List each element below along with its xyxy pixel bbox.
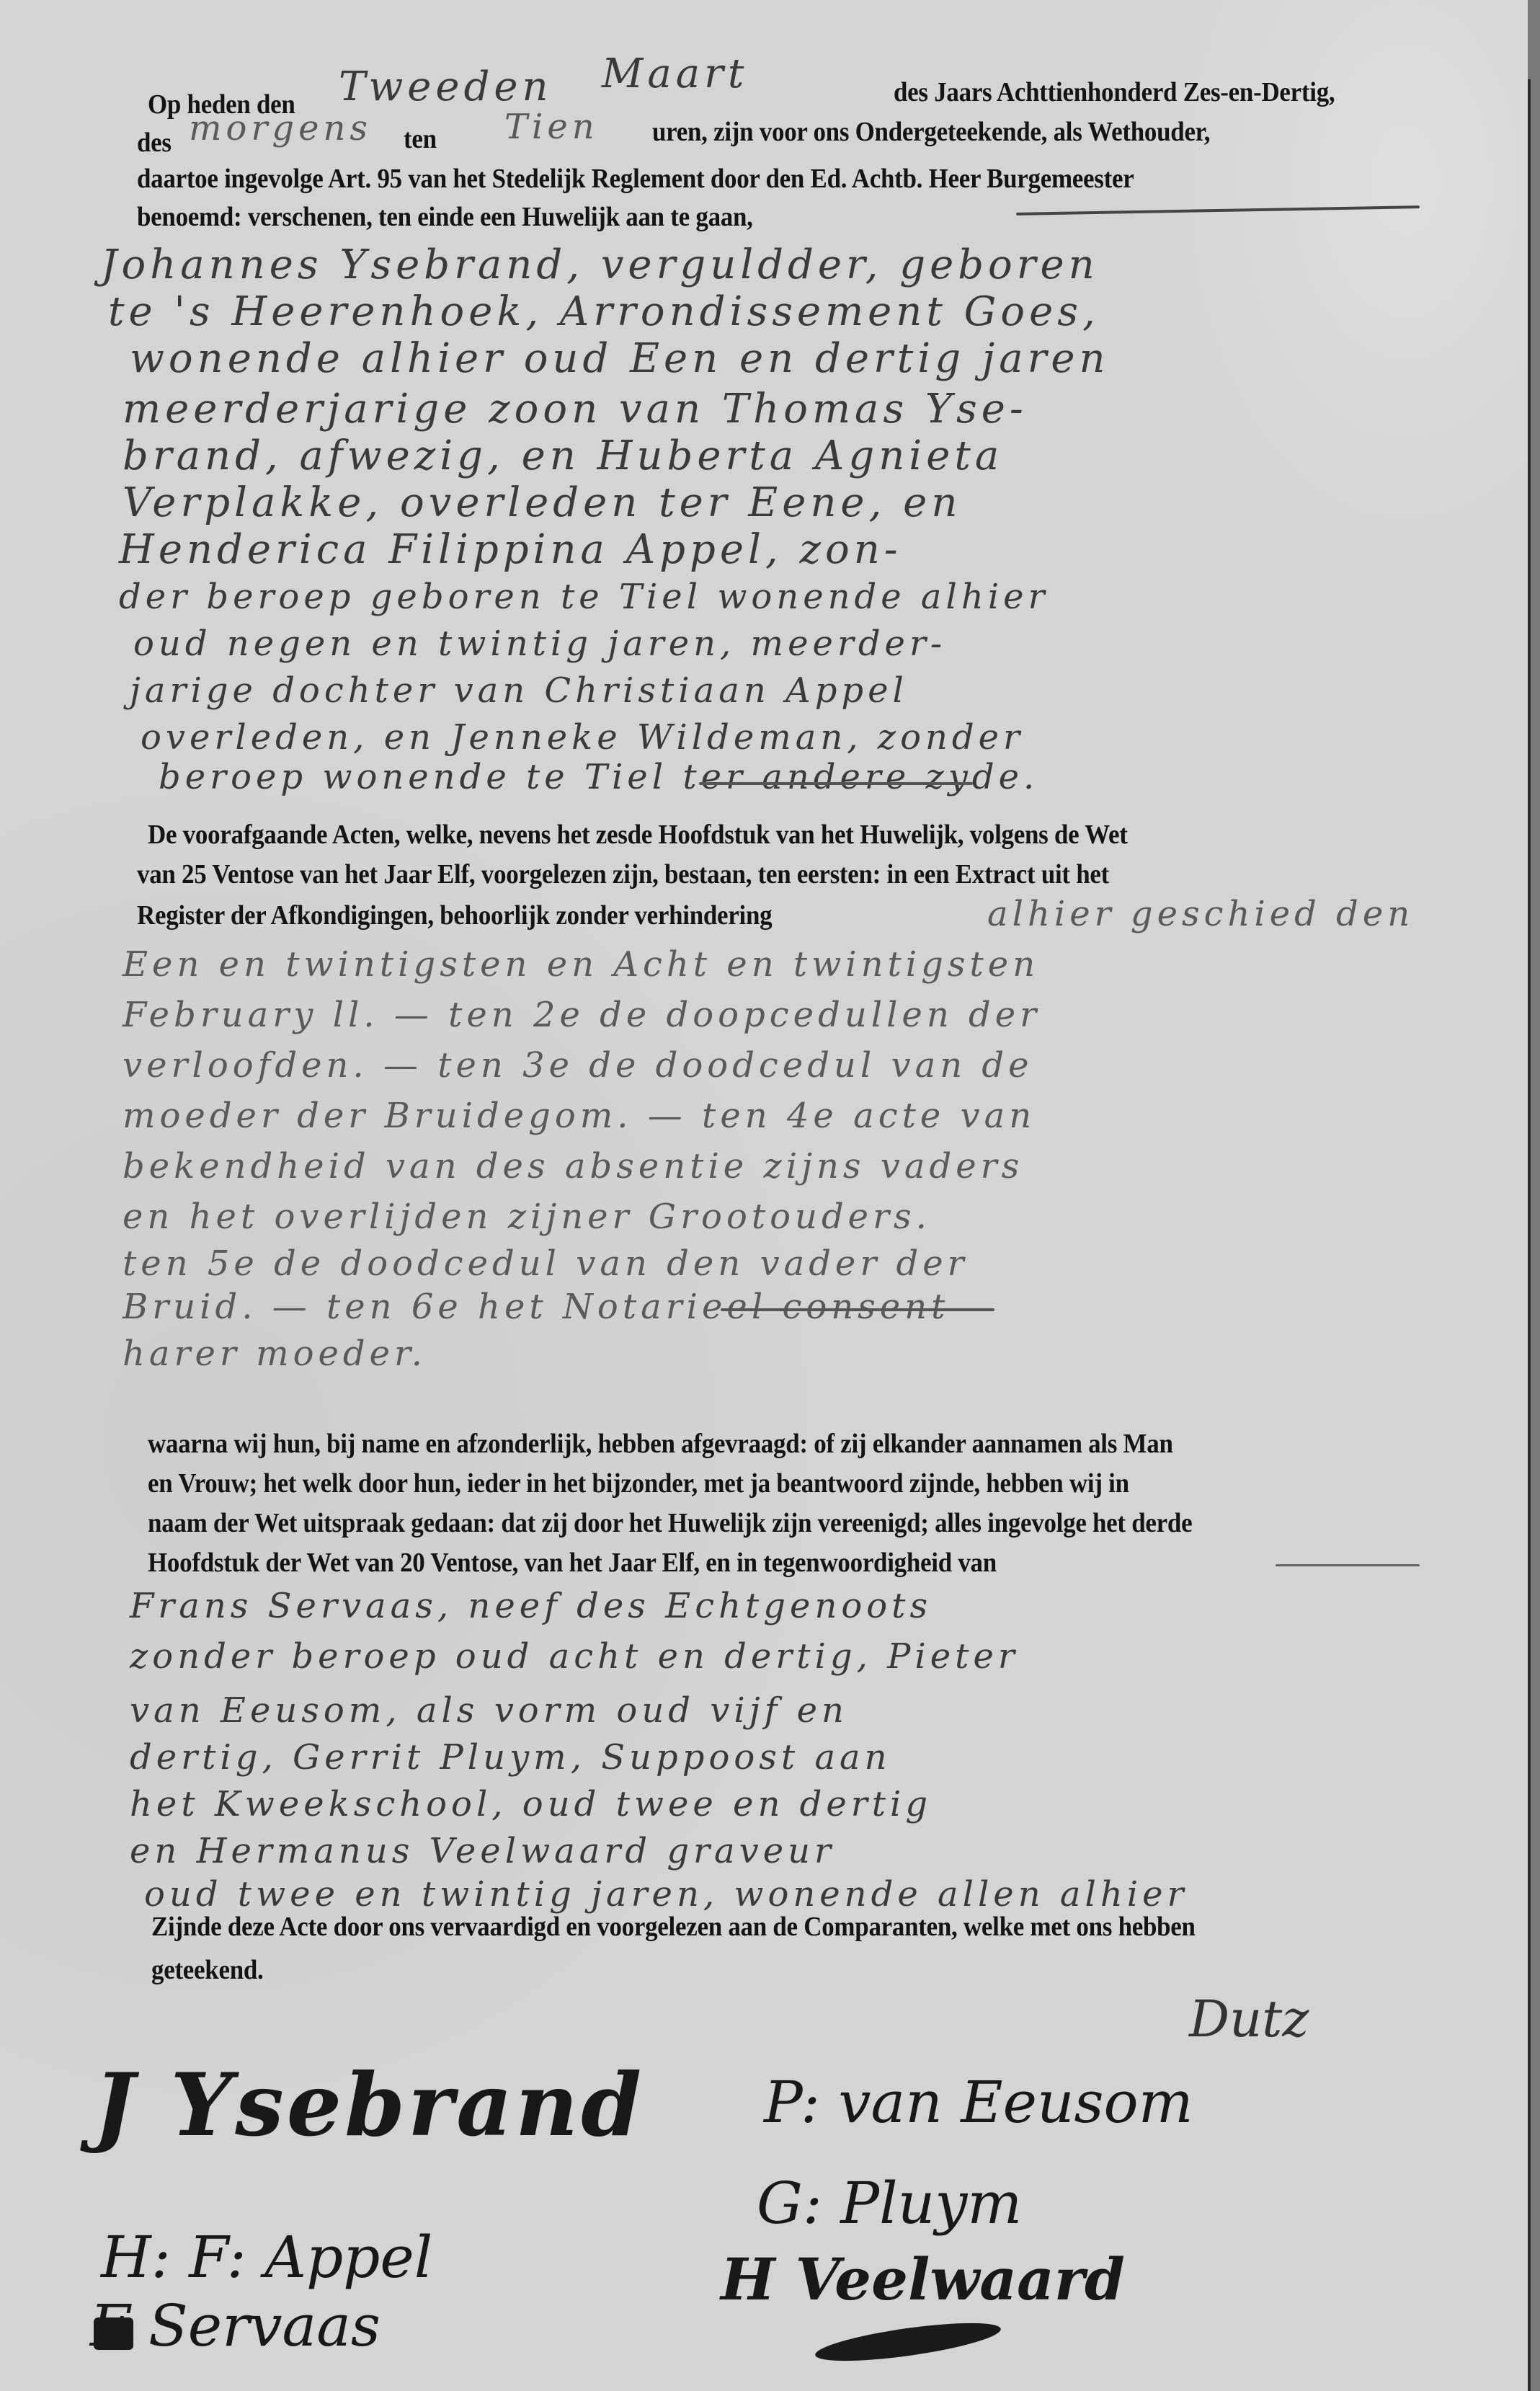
signature-witness-3: G: Pluym: [757, 2170, 1022, 2237]
parties-line: jarige dochter van Christiaan Appel: [130, 670, 908, 711]
time-of-day-handwritten: morgens: [189, 108, 372, 148]
parties-line: beroep wonende te Tiel ter andere zyde.: [159, 757, 1038, 797]
certificate-page: Op heden den Tweeden Maart des Jaars Ach…: [0, 0, 1528, 2391]
acts-hw-line: moeder der Bruidegom. — ten 4e acte van: [123, 1096, 1036, 1136]
acts-hw-line: harer moeder.: [123, 1334, 427, 1374]
closing-line: geteekend.: [151, 1946, 264, 1994]
signature-groom: J Ysebrand: [94, 2054, 644, 2156]
filler-line: [1016, 205, 1420, 216]
witness-line: het Kweekschool, oud twee en dertig: [130, 1784, 932, 1824]
underline-flourish: [699, 782, 973, 785]
parties-line: Johannes Ysebrand, verguldder, geboren: [101, 241, 1099, 288]
ink-underline: [814, 2315, 1003, 2369]
official-signature: Dutz: [1189, 1989, 1309, 2049]
signature-witness-4: H Veelwaard: [721, 2245, 1125, 2313]
parties-line: brand, afwezig, en Huberta Agnieta: [123, 432, 1003, 479]
acts-hw-line: verloofden. — ten 3e de doodcedul van de: [123, 1045, 1033, 1086]
parties-line: wonende alhier oud Een en dertig jaren: [130, 335, 1110, 382]
opening-line-2-post: uren, zijn voor ons Ondergeteekende, als…: [652, 108, 1210, 156]
parties-line: oud negen en twintig jaren, meerder-: [133, 624, 946, 664]
signature-bride: H: F: Appel: [101, 2224, 432, 2291]
acts-hw-line: February ll. — ten 2e de doopcedullen de…: [123, 995, 1041, 1035]
filler-line: [1276, 1564, 1420, 1566]
page-edge: [1528, 0, 1540, 2391]
acts-line: Register der Afkondigingen, behoorlijk z…: [137, 892, 772, 939]
witness-line: dertig, Gerrit Pluym, Suppoost aan: [130, 1737, 891, 1778]
acts-hw-line: en het overlijden zijner Grootouders.: [123, 1197, 931, 1237]
acts-hw-line: bekendheid van des absentie zijns vaders: [123, 1146, 1023, 1186]
witness-line: van Eeusom, als vorm oud vijf en: [130, 1690, 848, 1731]
witness-line: en Hermanus Veelwaard graveur: [130, 1831, 835, 1871]
day-handwritten: Tweeden: [339, 63, 553, 110]
parties-line: Henderica Filippina Appel, zon-: [119, 526, 902, 573]
signature-witness-2: P: van Eeusom: [764, 2069, 1193, 2136]
ink-blot: [94, 2317, 133, 2350]
acts-hw-line: ten 5e de doodcedul van den vader der: [123, 1243, 969, 1284]
closing-line: Zijnde deze Acte door ons vervaardigd en…: [151, 1903, 1196, 1951]
parties-line: meerderjarige zoon van Thomas Yse-: [123, 386, 1028, 432]
parties-line: overleden, en Jenneke Wildeman, zonder: [141, 717, 1024, 758]
hour-handwritten: Tien: [504, 107, 599, 147]
ceremony-line: Hoofdstuk der Wet van 20 Ventose, van he…: [148, 1539, 997, 1587]
month-handwritten: Maart: [602, 50, 748, 97]
filler-line: [721, 1308, 994, 1311]
parties-line: te 's Heerenhoek, Arrondissement Goes,: [108, 288, 1100, 335]
acts-hw-line: alhier geschied den: [987, 894, 1414, 934]
acts-hw-line: Een en twintigsten en Acht en twintigste…: [123, 944, 1039, 985]
acts-hw-line: Bruid. — ten 6e het Notarieel consent: [123, 1287, 949, 1327]
parties-line: der beroep geboren te Tiel wonende alhie…: [119, 577, 1049, 617]
signature-witness-1: F Servaas: [90, 2292, 380, 2359]
parties-line: Verplakke, overleden ter Eene, en: [123, 479, 961, 526]
opening-line-4: benoemd: verschenen, ten einde een Huwel…: [137, 193, 753, 241]
witness-line: Frans Servaas, neef des Echtgenoots: [130, 1586, 932, 1626]
witness-line: zonder beroep oud acht en dertig, Pieter: [130, 1636, 1019, 1677]
